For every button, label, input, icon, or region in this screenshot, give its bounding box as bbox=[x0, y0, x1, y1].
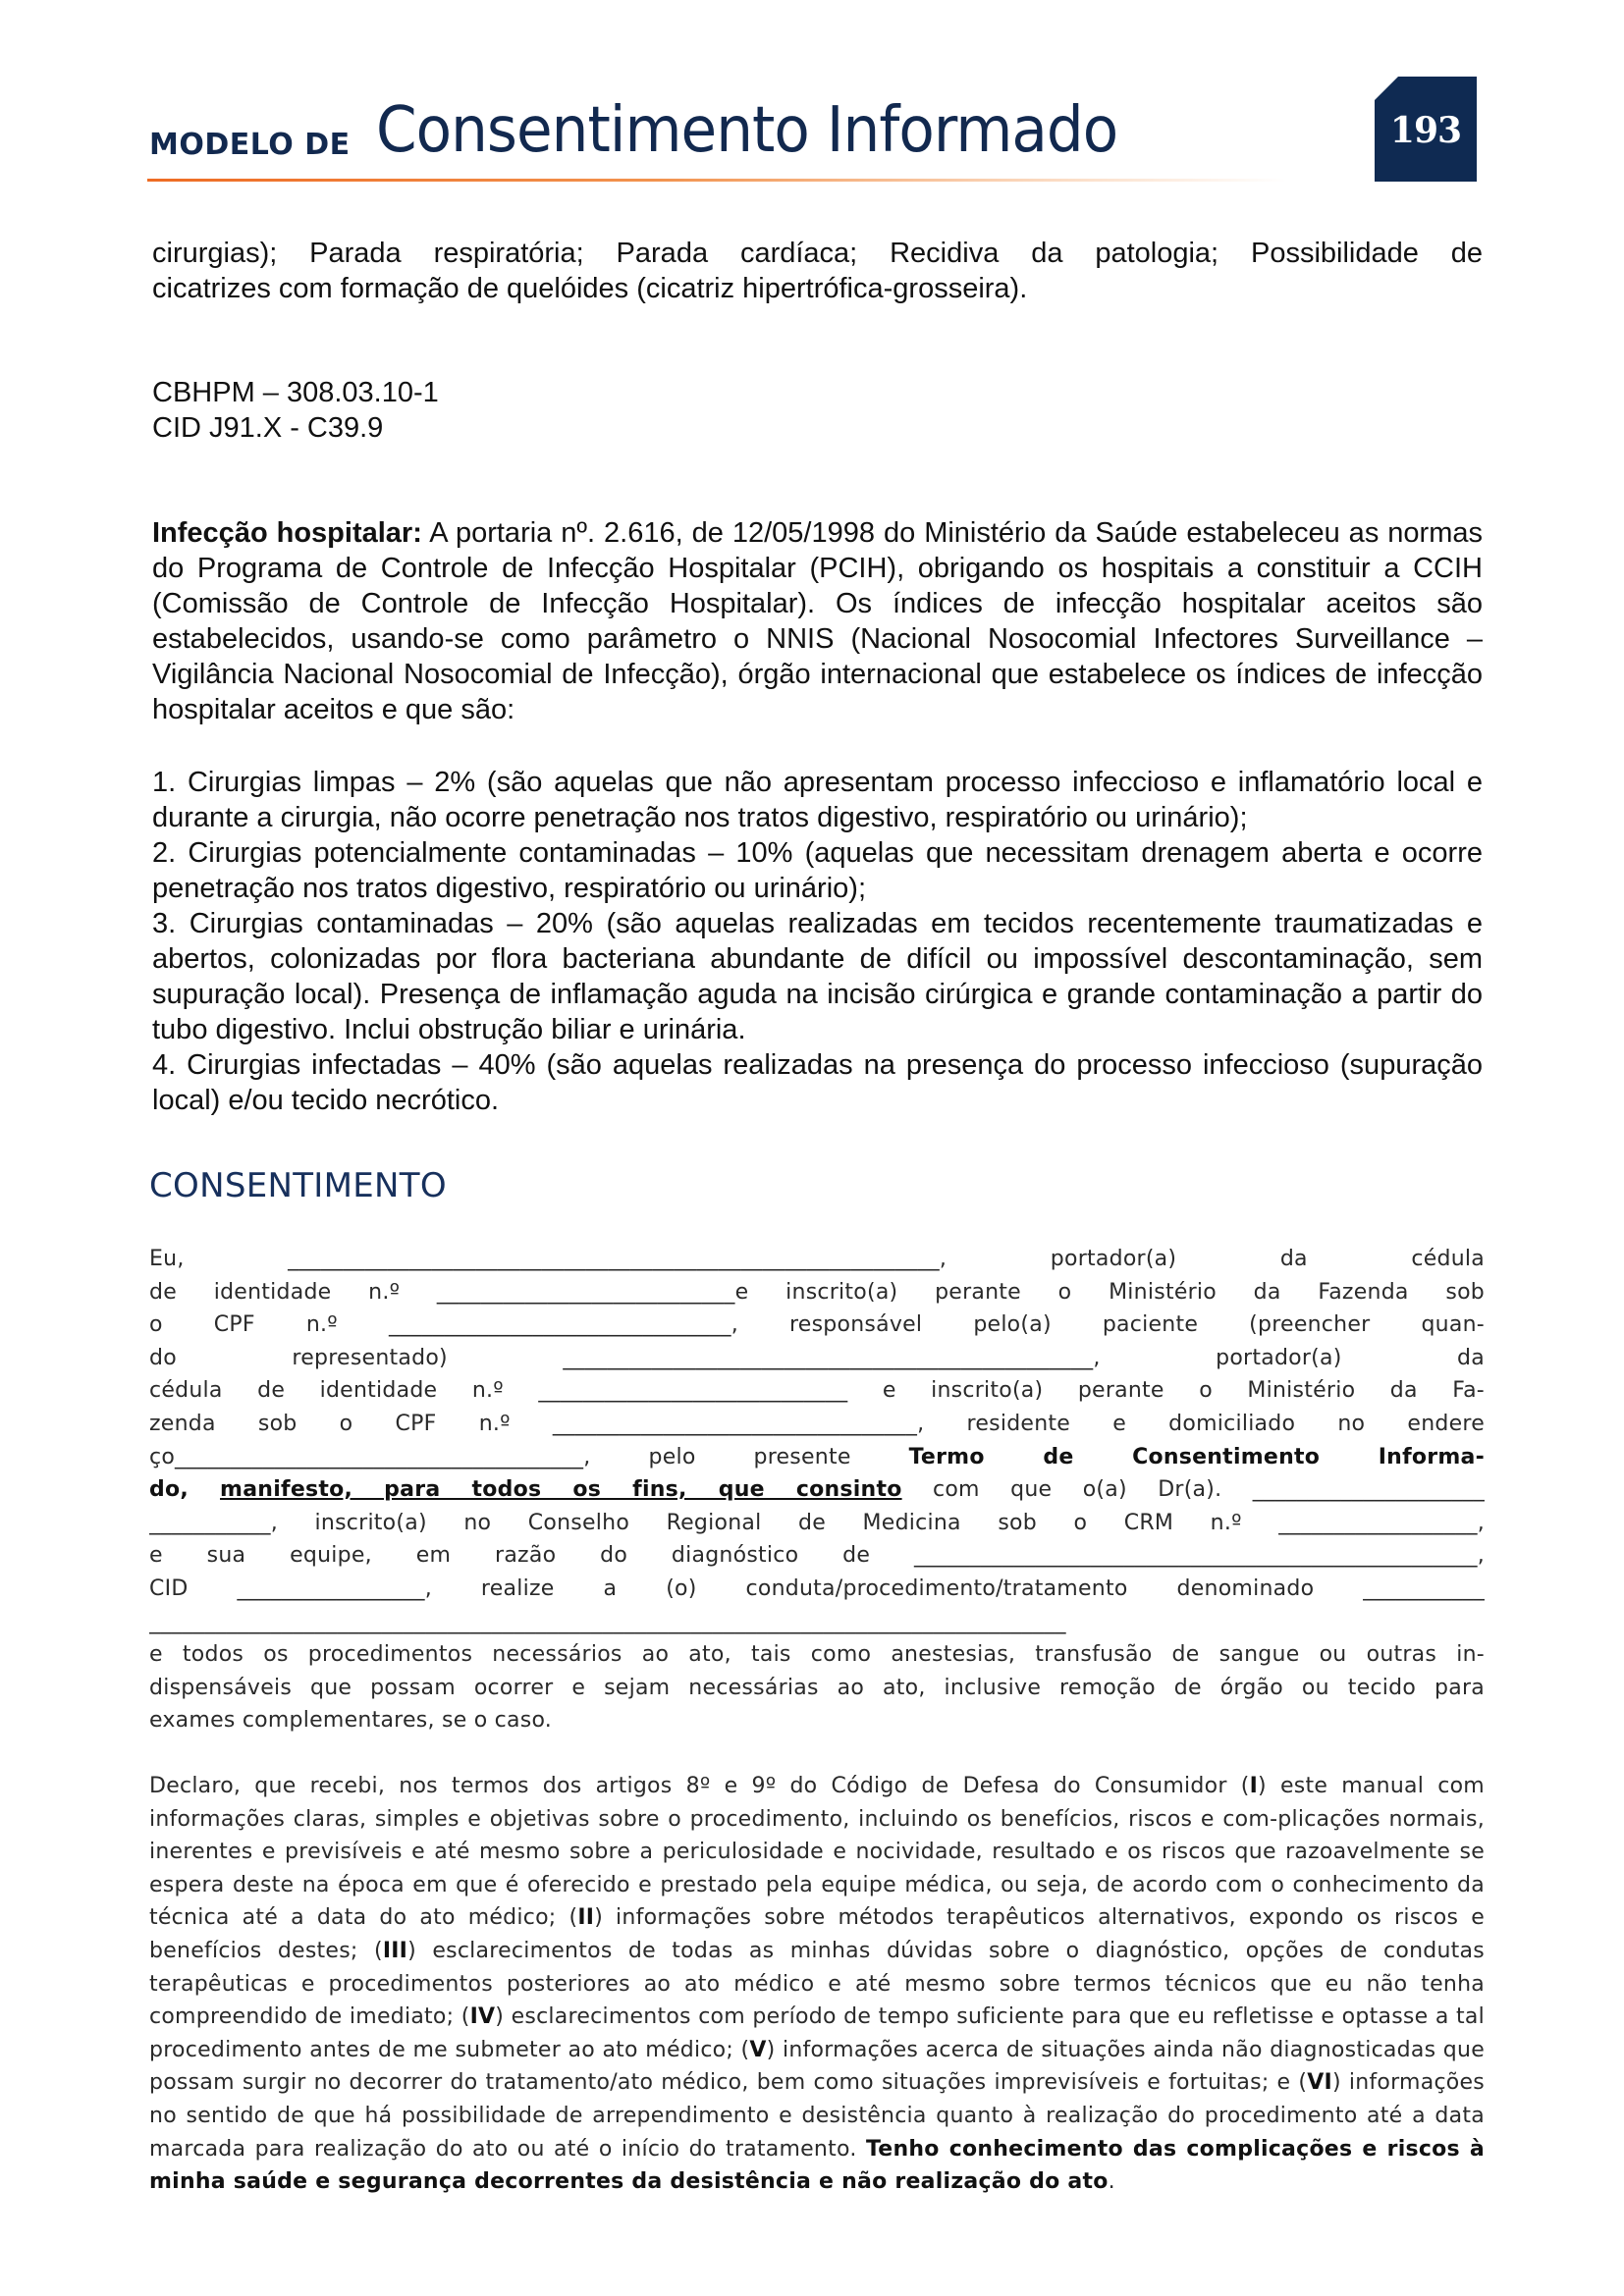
list-item: 4. Cirurgias infectadas – 40% (são aquel… bbox=[152, 1047, 1483, 1118]
consent-line: do representado) _______________________… bbox=[149, 1342, 1485, 1375]
declaration-bold-text: III bbox=[383, 1939, 407, 1963]
consent-line: CID _________________, realize a (o) con… bbox=[149, 1573, 1485, 1606]
consent-line: exames complementares, se o caso. bbox=[149, 1704, 1485, 1737]
declaration-paragraph: Declaro, que recebi, nos termos dos arti… bbox=[149, 1770, 1485, 2199]
declaration-bold-text: IV bbox=[470, 2004, 496, 2029]
consent-line: de identidade n.º ______________________… bbox=[149, 1276, 1485, 1309]
consent-line: Eu, ____________________________________… bbox=[149, 1243, 1485, 1276]
declaration-bold-text: VI bbox=[1307, 2070, 1332, 2095]
declaration-text: . bbox=[1109, 2169, 1115, 2194]
page-number: 193 bbox=[1390, 110, 1461, 151]
declaration-bold-text: II bbox=[577, 1905, 594, 1930]
list-item: 3. Cirurgias contaminadas – 20% (são aqu… bbox=[152, 906, 1483, 1047]
consent-statement-underlined: manifesto, para todos os fins, que consi… bbox=[220, 1477, 902, 1502]
consent-line: ___________, inscrito(a) no Conselho Reg… bbox=[149, 1507, 1485, 1540]
hospital-infection-paragraph: Infecção hospitalar: A portaria nº. 2.61… bbox=[152, 515, 1483, 727]
consent-line: ço_____________________________________,… bbox=[149, 1441, 1485, 1474]
consent-line: cédula de identidade n.º _______________… bbox=[149, 1374, 1485, 1408]
header-title: Consentimento Informado bbox=[376, 94, 1117, 167]
header-divider bbox=[147, 179, 1286, 182]
surgery-classification-list: 1. Cirurgias limpas – 2% (são aquelas qu… bbox=[152, 765, 1483, 1118]
hospital-infection-label: Infecção hospitalar: bbox=[152, 517, 422, 549]
term-title-bold: Termo de Consentimento Informa- bbox=[909, 1445, 1485, 1469]
consent-line: do, manifesto, para todos os fins, que c… bbox=[149, 1473, 1485, 1507]
consent-line-text: ço_____________________________________,… bbox=[149, 1445, 909, 1469]
declaration-text: Declaro, que recebi, nos termos dos arti… bbox=[149, 1774, 1250, 1798]
header-prefix: MODELO DE bbox=[149, 128, 351, 162]
procedure-codes: CBHPM – 308.03.10-1 CID J91.X - C39.9 bbox=[152, 375, 1483, 446]
list-item: 1. Cirurgias limpas – 2% (são aquelas qu… bbox=[152, 765, 1483, 835]
cbhpm-code: CBHPM – 308.03.10-1 bbox=[152, 375, 1483, 410]
term-title-bold-end: do, bbox=[149, 1477, 220, 1502]
consent-line: ________________________________________… bbox=[149, 1606, 1485, 1639]
consent-section-title: CONSENTIMENTO bbox=[149, 1166, 447, 1205]
list-item: 2. Cirurgias potencialmente contaminadas… bbox=[152, 835, 1483, 906]
declaration-bold-text: V bbox=[749, 2038, 766, 2062]
consent-line: e sua equipe, em razão do diagnóstico de… bbox=[149, 1539, 1485, 1573]
declaration-bold-text: I bbox=[1250, 1774, 1258, 1798]
continued-paragraph: cirurgias); Parada respiratória; Parada … bbox=[152, 236, 1483, 306]
consent-line: o CPF n.º ______________________________… bbox=[149, 1308, 1485, 1342]
page-number-badge: 193 bbox=[1375, 77, 1477, 182]
cid-code: CID J91.X - C39.9 bbox=[152, 410, 1483, 446]
consent-line-text: com que o(a) Dr(a). ____________________… bbox=[902, 1477, 1485, 1502]
paragraph-line: cicatrizes com formação de quelóides (ci… bbox=[152, 271, 1483, 306]
consent-line: zenda sob o CPF n.º ____________________… bbox=[149, 1408, 1485, 1441]
paragraph-line: cirurgias); Parada respiratória; Parada … bbox=[152, 236, 1483, 271]
consent-line: e todos os procedimentos necessários ao … bbox=[149, 1638, 1485, 1672]
consent-line: dispensáveis que possam ocorrer e sejam … bbox=[149, 1672, 1485, 1705]
consent-form-text: Eu, ____________________________________… bbox=[149, 1243, 1485, 1737]
